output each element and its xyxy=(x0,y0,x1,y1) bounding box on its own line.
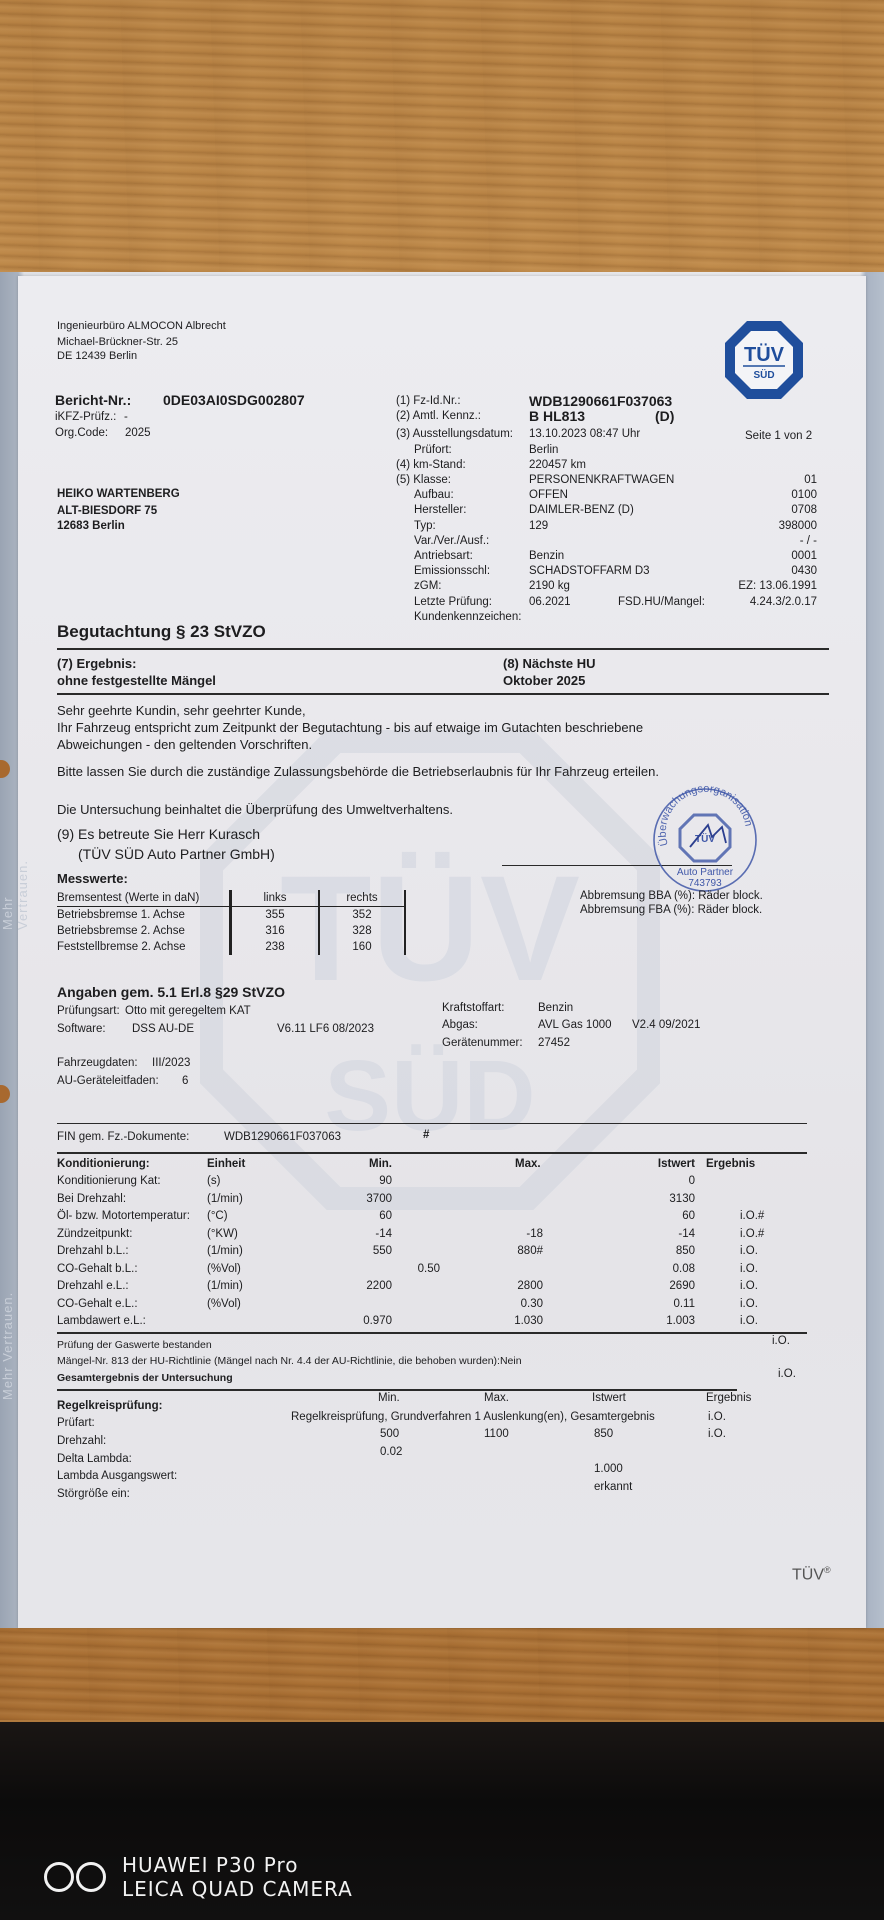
vehicle-field-label: (3) Ausstellungsdatum: xyxy=(396,428,513,440)
abgas-version: V2.4 09/2021 xyxy=(632,1019,700,1031)
emission-cell-ist: 850 xyxy=(676,1245,695,1257)
emission-cell-mid: 0.50 xyxy=(418,1263,440,1275)
control-loop-cell-min: 500 xyxy=(380,1428,399,1440)
control-loop-cell-res: i.O. xyxy=(708,1428,726,1440)
emission-header: Istwert xyxy=(658,1158,695,1170)
vehicle-field-value: OFFEN xyxy=(529,489,568,501)
emission-cell-max: 0.30 xyxy=(521,1298,543,1310)
emission-cell-ist: 3130 xyxy=(669,1193,695,1205)
pruefungsart-value: Otto mit geregeltem KAT xyxy=(125,1005,251,1017)
vehicle-data-value: III/2023 xyxy=(152,1057,190,1069)
emission-cell-label: CO-Gehalt e.L.: xyxy=(57,1298,138,1310)
brake-left-value: 316 xyxy=(231,923,320,939)
side-print-text-top: Mehr Vertrauen. xyxy=(0,830,18,930)
vehicle-field-value: B HL813 xyxy=(529,408,585,424)
vehicle-field-value: Berlin xyxy=(529,444,558,456)
divider xyxy=(57,648,829,650)
vehicle-field-label: Hersteller: xyxy=(414,504,466,516)
fin-mark: # xyxy=(423,1129,429,1141)
vehicle-field-code: 0430 xyxy=(791,565,817,577)
emission-cell-ist: 0.08 xyxy=(673,1263,695,1275)
control-loop-header: Istwert xyxy=(592,1392,626,1404)
emission-cell-label: CO-Gehalt b.L.: xyxy=(57,1263,138,1275)
software-value: DSS AU-DE xyxy=(132,1023,194,1035)
vehicle-field-label: (4) km-Stand: xyxy=(396,459,466,471)
emission-cell-res: i.O. xyxy=(740,1245,758,1257)
emission-cell-max: 2800 xyxy=(517,1280,543,1292)
control-loop-cell-label: Drehzahl: xyxy=(57,1435,106,1447)
control-loop-cell-max: 1100 xyxy=(484,1428,509,1440)
control-loop-cell-ist: 1.000 xyxy=(594,1463,623,1475)
vehicle-field-label: Letzte Prüfung: xyxy=(414,596,492,608)
divider xyxy=(57,1123,807,1124)
page-indicator: Seite 1 von 2 xyxy=(745,430,812,442)
inspection-stamp-icon: Überwachungsorganisation TÜV Auto Partne… xyxy=(650,785,760,895)
emission-cell-max: 1.030 xyxy=(514,1315,543,1327)
abgas-value: AVL Gas 1000 xyxy=(538,1019,612,1031)
fin-label: FIN gem. Fz.-Dokumente: xyxy=(57,1131,189,1143)
emission-cell-unit: (s) xyxy=(207,1175,220,1187)
vehicle-field-code: EZ: 13.06.1991 xyxy=(738,580,817,592)
fin-value: WDB1290661F037063 xyxy=(224,1131,341,1143)
emission-cell-ist: 2690 xyxy=(669,1280,695,1292)
emission-cell-unit: (1/min) xyxy=(207,1280,243,1292)
vehicle-field-mid: FSD.HU/Mangel: xyxy=(618,596,705,608)
control-loop-cell-ist: 850 xyxy=(594,1428,613,1440)
tuv-sud-logo-icon: TÜV SÜD xyxy=(722,318,806,402)
vehicle-data-label: Fahrzeugdaten: xyxy=(57,1057,138,1069)
emission-cell-label: Drehzahl e.L.: xyxy=(57,1280,129,1292)
overall-result: i.O. xyxy=(778,1368,796,1380)
sender-street: Michael-Brückner-Str. 25 xyxy=(57,336,178,348)
device-label: Gerätenummer: xyxy=(442,1037,523,1049)
emission-cell-unit: (1/min) xyxy=(207,1245,243,1257)
camera-lens: LEICA QUAD CAMERA xyxy=(122,1877,353,1901)
recipient-city: 12683 Berlin xyxy=(57,520,125,532)
recipient-name: HEIKO WARTENBERG xyxy=(57,488,180,500)
assessment-title: Begutachtung § 23 StVZO xyxy=(57,622,266,642)
vehicle-field-value: PERSONENKRAFTWAGEN xyxy=(529,474,674,486)
emission-cell-ist: 60 xyxy=(682,1210,695,1222)
divider xyxy=(57,1332,807,1334)
emission-cell-min: 60 xyxy=(379,1210,392,1222)
side-print-text: Mehr Vertrauen. xyxy=(0,1180,18,1400)
emission-cell-label: Lambdawert e.L.: xyxy=(57,1315,146,1327)
control-loop-header: Min. xyxy=(378,1392,400,1404)
fba-value: Abbremsung FBA (%): Räder block. xyxy=(580,904,762,916)
tuv-footer-logo: TÜV® xyxy=(792,1565,831,1584)
bba-value: Abbremsung BBA (%): Räder block. xyxy=(580,890,763,902)
stamp-inner-text: Auto Partner xyxy=(677,867,734,878)
stamp-number: 743793 xyxy=(688,878,722,889)
emission-cell-min: -14 xyxy=(375,1228,392,1240)
emission-cell-unit: (%Vol) xyxy=(207,1263,241,1275)
vehicle-field-label: Aufbau: xyxy=(414,489,454,501)
control-loop-cell-ist: erkannt xyxy=(594,1481,632,1493)
vehicle-field-code: 398000 xyxy=(779,520,817,532)
emission-cell-res: i.O. xyxy=(740,1280,758,1292)
brake-row: Feststellbremse 2. Achse238160 xyxy=(57,939,405,955)
emission-cell-label: Öl- bzw. Motortemperatur: xyxy=(57,1210,190,1222)
abgas-label: Abgas: xyxy=(442,1019,478,1031)
control-loop-cell-label: Störgröße ein: xyxy=(57,1488,130,1500)
vehicle-field-label: zGM: xyxy=(414,580,441,592)
emission-header: Ergebnis xyxy=(706,1158,755,1170)
vehicle-field-value: 220457 km xyxy=(529,459,586,471)
emission-cell-label: Drehzahl b.L.: xyxy=(57,1245,129,1257)
measurements-title: Messwerte: xyxy=(57,871,128,886)
emission-cell-max: 880# xyxy=(517,1245,543,1257)
vehicle-field-label: (5) Klasse: xyxy=(396,474,451,486)
fuel-value: Benzin xyxy=(538,1002,573,1014)
software-version: V6.11 LF6 08/2023 xyxy=(277,1023,374,1035)
ikfz-label: iKFZ-Prüfz.: xyxy=(55,411,116,423)
brake-row: Betriebsbremse 2. Achse316328 xyxy=(57,923,405,939)
gas-passed: Prüfung der Gaswerte bestanden xyxy=(57,1339,212,1351)
vehicle-field-value: DAIMLER-BENZ (D) xyxy=(529,504,634,516)
brake-right-value: 352 xyxy=(319,907,405,924)
brake-row: Betriebsbremse 1. Achse355352 xyxy=(57,907,405,924)
inspector: (9) Es betreute Sie Herr Kurasch xyxy=(57,826,260,842)
emission-cell-label: Zündzeitpunkt: xyxy=(57,1228,132,1240)
vehicle-field-label: Emissionsschl: xyxy=(414,565,490,577)
emission-cell-res: i.O. xyxy=(740,1263,758,1275)
camera-model: HUAWEI P30 Pro xyxy=(122,1853,353,1877)
brake-header-left: links xyxy=(231,890,320,907)
vehicle-field-value: SCHADSTOFFARM D3 xyxy=(529,565,650,577)
report-number: 0DE03AI0SDG002807 xyxy=(163,392,305,408)
brake-right-value: 160 xyxy=(319,939,405,955)
svg-text:TÜV: TÜV xyxy=(744,343,785,366)
svg-text:SÜD: SÜD xyxy=(753,368,774,381)
vehicle-field-code: - / - xyxy=(800,535,817,547)
emission-cell-max: -18 xyxy=(526,1228,543,1240)
emission-header: Einheit xyxy=(207,1158,245,1170)
inspector-org: (TÜV SÜD Auto Partner GmbH) xyxy=(78,846,275,862)
vehicle-field-code: 4.24.3/2.0.17 xyxy=(750,596,817,608)
next-hu-label: (8) Nächste HU xyxy=(503,656,595,671)
vehicle-field-code: 0708 xyxy=(791,504,817,516)
emission-cell-unit: (°KW) xyxy=(207,1228,238,1240)
sender-company: Ingenieurbüro ALMOCON Albrecht xyxy=(57,320,226,332)
divider xyxy=(57,1389,737,1391)
control-loop-header: Regelkreisprüfung: xyxy=(57,1400,162,1412)
vehicle-field-value: 13.10.2023 08:47 Uhr xyxy=(529,428,640,440)
body-text-1: Ihr Fahrzeug entspricht zum Zeitpunkt de… xyxy=(57,720,643,735)
pruefungsart-label: Prüfungsart: xyxy=(57,1005,120,1017)
result-label: (7) Ergebnis: xyxy=(57,656,136,671)
control-loop-cell-label: Delta Lambda: xyxy=(57,1453,132,1465)
emission-cell-unit: (%Vol) xyxy=(207,1298,241,1310)
footer-logo-text: TÜV xyxy=(792,1566,824,1583)
vehicle-field-label: Var./Ver./Ausf.: xyxy=(414,535,489,547)
divider xyxy=(57,693,829,695)
camera-watermark: HUAWEI P30 Pro LEICA QUAD CAMERA xyxy=(44,1853,353,1901)
guide-label: AU-Geräteleitfaden: xyxy=(57,1075,159,1087)
org-code-label: Org.Code: xyxy=(55,427,108,439)
emission-cell-ist: 0 xyxy=(689,1175,695,1187)
recipient-street: ALT-BIESDORF 75 xyxy=(57,505,157,517)
fuel-label: Kraftstoffart: xyxy=(442,1002,504,1014)
vehicle-field-label: Antriebsart: xyxy=(414,550,473,562)
pruefart-value: Regelkreisprüfung, Grundverfahren 1 Ausl… xyxy=(291,1411,655,1423)
body-text-2: Abweichungen - den geltenden Vorschrifte… xyxy=(57,737,312,752)
ikfz-value: - xyxy=(124,411,128,423)
emission-header: Min. xyxy=(369,1158,392,1170)
gas-passed-result: i.O. xyxy=(772,1335,790,1347)
greeting: Sehr geehrte Kundin, sehr geehrter Kunde… xyxy=(57,703,306,718)
overall-result-label: Gesamtergebnis der Untersuchung xyxy=(57,1372,233,1384)
emissions-info-title: Angaben gem. 5.1 Erl.8 §29 StVZO xyxy=(57,984,285,1000)
emission-cell-min: 90 xyxy=(379,1175,392,1187)
brake-header-test: Bremsentest (Werte in daN) xyxy=(57,890,231,907)
emission-cell-unit: (1/min) xyxy=(207,1193,243,1205)
defects-note: Mängel-Nr. 813 der HU-Richtlinie (Mängel… xyxy=(57,1355,522,1367)
brake-axle-label: Betriebsbremse 1. Achse xyxy=(57,907,231,924)
vehicle-field-value: 06.2021 xyxy=(529,596,571,608)
emission-cell-min: 3700 xyxy=(366,1193,392,1205)
emission-cell-min: 2200 xyxy=(366,1280,392,1292)
emission-cell-res: i.O. xyxy=(740,1315,758,1327)
emission-cell-res: i.O.# xyxy=(740,1228,764,1240)
emission-cell-res: i.O.# xyxy=(740,1210,764,1222)
pruefart-result: i.O. xyxy=(708,1411,726,1423)
vehicle-field-label: (1) Fz-Id.Nr.: xyxy=(396,395,461,407)
emission-header: Max. xyxy=(515,1158,541,1170)
emission-cell-ist: 0.11 xyxy=(673,1298,695,1310)
vehicle-field-label: Kundenkennzeichen: xyxy=(414,611,521,623)
emission-cell-unit: (°C) xyxy=(207,1210,228,1222)
vehicle-field-code: 0001 xyxy=(791,550,817,562)
body-text-4: Die Untersuchung beinhaltet die Überprüf… xyxy=(57,802,453,817)
vehicle-field-label: (2) Amtl. Kennz.: xyxy=(396,410,481,422)
brake-left-value: 355 xyxy=(231,907,320,924)
emission-cell-ist: -14 xyxy=(678,1228,695,1240)
brake-axle-label: Feststellbremse 2. Achse xyxy=(57,939,231,955)
control-loop-header: Ergebnis xyxy=(706,1392,751,1404)
emission-cell-min: 0.970 xyxy=(363,1315,392,1327)
vehicle-field-code: 0100 xyxy=(791,489,817,501)
result-value: ohne festgestellte Mängel xyxy=(57,673,216,688)
vehicle-field-value: 129 xyxy=(529,520,548,532)
vehicle-field-label: Typ: xyxy=(414,520,436,532)
vehicle-field-value: Benzin xyxy=(529,550,564,562)
pruefart-label: Prüfart: xyxy=(57,1417,95,1429)
brake-axle-label: Betriebsbremse 2. Achse xyxy=(57,923,231,939)
emission-header: Konditionierung: xyxy=(57,1158,150,1170)
software-label: Software: xyxy=(57,1023,106,1035)
control-loop-header: Max. xyxy=(484,1392,509,1404)
body-text-3: Bitte lassen Sie durch die zuständige Zu… xyxy=(57,764,659,779)
emission-cell-min: 550 xyxy=(373,1245,392,1257)
emission-cell-label: Konditionierung Kat: xyxy=(57,1175,161,1187)
vehicle-field-label: Prüfort: xyxy=(414,444,452,456)
guide-value: 6 xyxy=(182,1075,188,1087)
brake-header-right: rechts xyxy=(319,890,405,907)
device-value: 27452 xyxy=(538,1037,570,1049)
report-number-label: Bericht-Nr.: xyxy=(55,392,131,408)
sender-city: DE 12439 Berlin xyxy=(57,350,137,362)
org-code-value: 2025 xyxy=(125,427,151,439)
vehicle-field-value: 2190 kg xyxy=(529,580,570,592)
brake-right-value: 328 xyxy=(319,923,405,939)
control-loop-cell-label: Lambda Ausgangswert: xyxy=(57,1470,177,1482)
next-hu-value: Oktober 2025 xyxy=(503,673,585,688)
vehicle-field-code: 01 xyxy=(804,474,817,486)
vehicle-field-extra: (D) xyxy=(655,408,674,424)
emission-cell-label: Bei Drehzahl: xyxy=(57,1193,126,1205)
control-loop-cell-min: 0.02 xyxy=(380,1446,402,1458)
brake-test-table: Bremsentest (Werte in daN) links rechts … xyxy=(57,890,406,955)
emission-cell-res: i.O. xyxy=(740,1298,758,1310)
camera-rings-icon xyxy=(44,1862,106,1892)
vehicle-field-value: WDB1290661F037063 xyxy=(529,393,672,409)
brake-left-value: 238 xyxy=(231,939,320,955)
divider xyxy=(57,1152,807,1154)
emission-cell-ist: 1.003 xyxy=(666,1315,695,1327)
